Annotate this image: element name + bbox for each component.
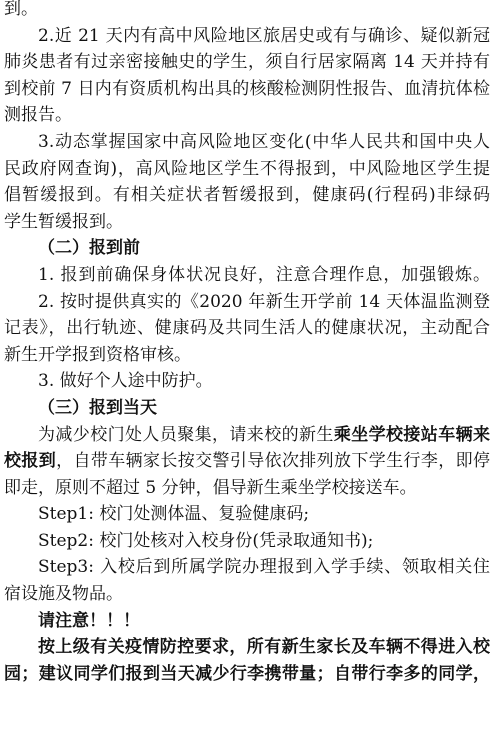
bold-text: 乘坐学校接站车辆来 <box>334 425 490 445</box>
document-paragraphs: 到。2.近 21 天内有高中风险地区旅居史或有与确诊、疑似新冠肺炎患者有过亲密接… <box>4 0 490 422</box>
heading-line: 园；建议同学们报到当天减少行李携带量；自带行李多的同学， <box>4 661 490 688</box>
text-line: 倡暂缓报到。有相关症状者暂缓报到，健康码(行程码)非绿码 <box>4 182 490 209</box>
text-line: Step1: 校门处测体温、复验健康码; <box>4 501 490 528</box>
heading-line: （三）报到当天 <box>4 395 490 422</box>
heading-line: 按上级有关疫情防控要求，所有新生家长及车辆不得进入校 <box>4 634 490 661</box>
text-line: 2. 按时提供真实的《2020 年新生开学前 14 天体温监测登 <box>4 289 490 316</box>
text-line: 学生暂缓报到。 <box>4 209 490 236</box>
text-line: 宿设施及物品。 <box>4 581 490 608</box>
text-line: 即走，原则不超过 5 分钟，倡导新生乘坐学校接送车。 <box>4 475 490 502</box>
line-pickup-notice-2: 校报到，自带车辆家长按交警引导依次排列放下学生行李，即停 <box>4 448 490 475</box>
bold-text: 校报到 <box>4 451 56 471</box>
text-line: Step3: 入校后到所属学院办理报到入学手续、领取相关住 <box>4 554 490 581</box>
text-line: 1. 报到前确保身体状况良好，注意合理作息，加强锻炼。 <box>4 262 490 289</box>
normal-text: 为减少校门处人员聚集，请来校的新生 <box>38 425 334 445</box>
text-line: 新生开学报到资格审核。 <box>4 342 490 369</box>
text-line: 到。 <box>4 0 490 23</box>
heading-line: （二）报到前 <box>4 235 490 262</box>
text-line: 记表》，出行轨迹、健康码及共同生活人的健康状况，主动配合 <box>4 315 490 342</box>
text-line: 3.动态掌握国家中高风险地区变化(中华人民共和国中央人 <box>4 129 490 156</box>
normal-text: ，自带车辆家长按交警引导依次排列放下学生行李，即停 <box>56 451 490 471</box>
text-line: 测报告。 <box>4 102 490 129</box>
heading-line: 请注意！！！ <box>4 608 490 635</box>
line-pickup-notice-1: 为减少校门处人员聚集，请来校的新生乘坐学校接站车辆来 <box>4 422 490 449</box>
text-line: 到校前 7 日内有资质机构出具的核酸检测阴性报告、血清抗体检 <box>4 76 490 103</box>
text-line: Step2: 校门处核对入校身份(凭录取通知书); <box>4 528 490 555</box>
text-line: 2.近 21 天内有高中风险地区旅居史或有与确诊、疑似新冠 <box>4 23 490 50</box>
text-line: 肺炎患者有过亲密接触史的学生，须自行居家隔离 14 天并持有 <box>4 49 490 76</box>
text-line: 民政府网查询)，高风险地区学生不得报到，中风险地区学生提 <box>4 156 490 183</box>
text-line: 3. 做好个人途中防护。 <box>4 368 490 395</box>
document-body: 到。2.近 21 天内有高中风险地区旅居史或有与确诊、疑似新冠肺炎患者有过亲密接… <box>4 0 490 687</box>
document-paragraphs-continued: 即走，原则不超过 5 分钟，倡导新生乘坐学校接送车。Step1: 校门处测体温、… <box>4 475 490 688</box>
